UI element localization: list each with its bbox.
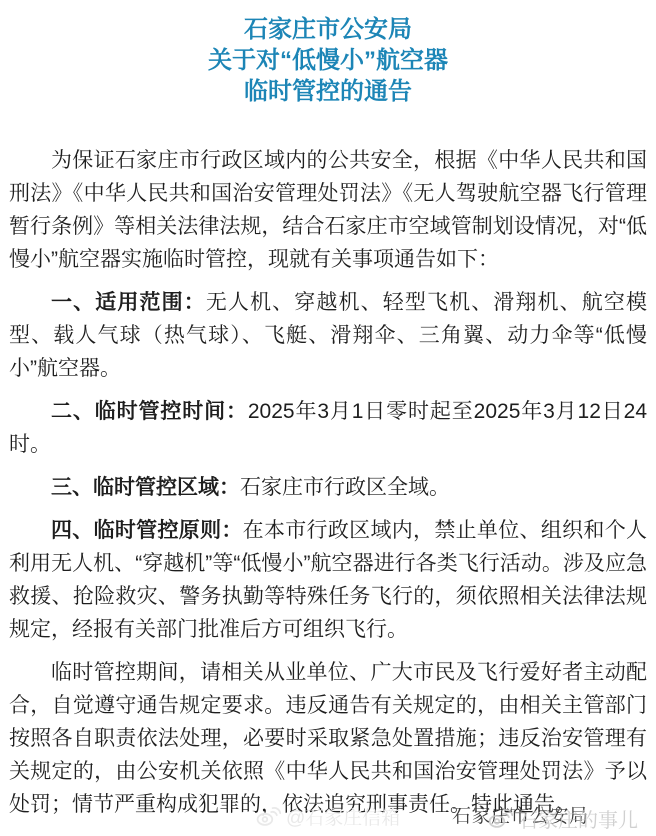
notice-title: 石家庄市公安局 关于对“低慢小”航空器 临时管控的通告 — [0, 0, 656, 107]
weibo-icon — [488, 808, 513, 829]
item-scope: 一、适用范围：无人机、穿越机、轻型飞机、滑翔机、航空模型、载人气球（热气球）、飞… — [9, 286, 647, 385]
watermark-right: 石家庄的事儿 — [488, 804, 638, 833]
item-control-time: 二、临时管控时间：2025年3月1日零时起至2025年3月12日24时。 — [9, 395, 647, 461]
item-control-area-text: 石家庄市行政区全域。 — [240, 476, 450, 499]
notice-page: 石家庄市公安局 关于对“低慢小”航空器 临时管控的通告 为保证石家庄市行政区域内… — [0, 0, 656, 836]
title-line-1: 石家庄市公安局 — [0, 14, 656, 45]
item-control-area: 三、临时管控区域：石家庄市行政区全域。 — [9, 471, 647, 504]
item-control-principle-label: 四、临时管控原则： — [51, 519, 243, 542]
watermark-left-text: @石家庄信箱 — [286, 803, 400, 830]
title-line-3: 临时管控的通告 — [0, 76, 656, 107]
watermark-right-text: 石家庄的事儿 — [518, 804, 638, 833]
notice-body: 为保证石家庄市行政区域内的公共安全，根据《中华人民共和国刑法》《中华人民共和国治… — [0, 144, 656, 821]
closing-paragraph: 临时管控期间，请相关从业单位、广大市民及飞行爱好者主动配合，自觉遵守通告规定要求… — [9, 656, 647, 821]
title-line-2: 关于对“低慢小”航空器 — [0, 45, 656, 76]
item-control-area-label: 三、临时管控区域： — [51, 476, 240, 499]
item-control-time-label: 二、临时管控时间： — [51, 400, 248, 423]
watermark-left: @石家庄信箱 — [256, 803, 400, 830]
item-control-principle: 四、临时管控原则：在本市行政区域内，禁止单位、组织和个人利用无人机、“穿越机”等… — [9, 514, 647, 646]
item-scope-label: 一、适用范围： — [51, 291, 206, 314]
intro-paragraph: 为保证石家庄市行政区域内的公共安全，根据《中华人民共和国刑法》《中华人民共和国治… — [9, 144, 647, 276]
weibo-icon — [256, 806, 281, 827]
